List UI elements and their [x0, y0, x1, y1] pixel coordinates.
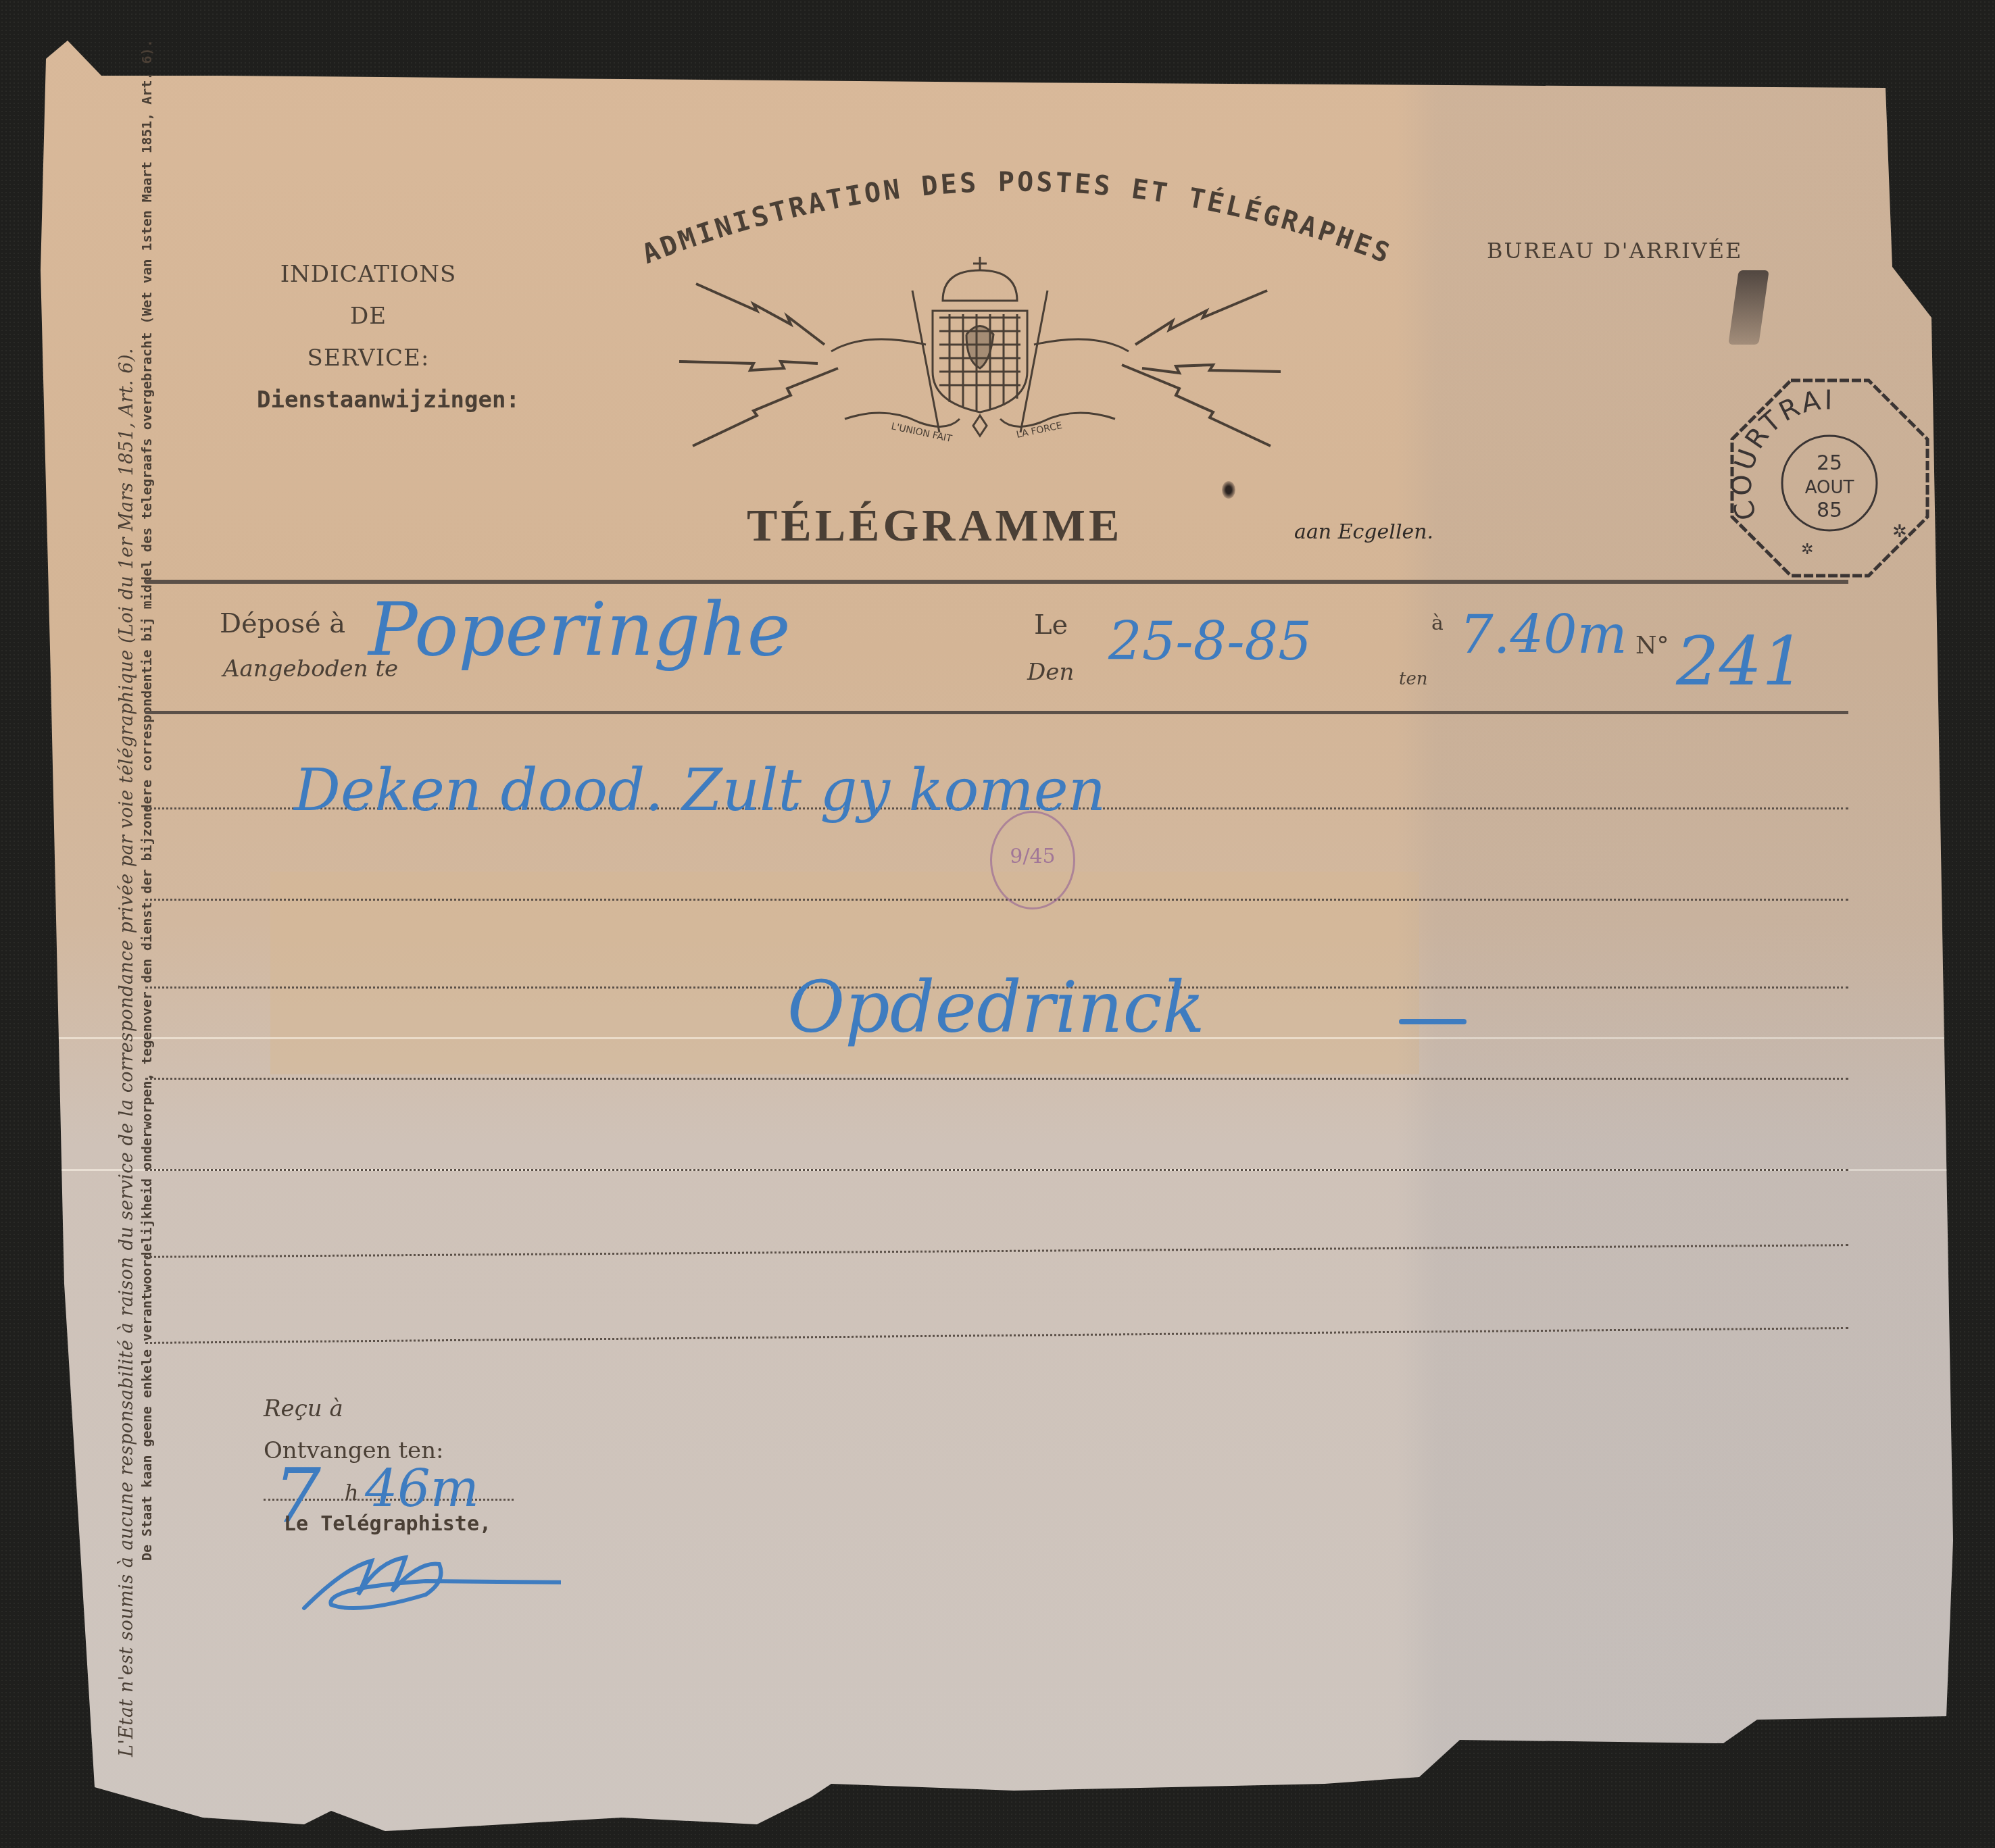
deposit-rule: [145, 711, 1848, 714]
end-mark: [1399, 1019, 1467, 1024]
date-label: Le: [1034, 609, 1068, 641]
received-label: Reçu à: [264, 1395, 343, 1422]
number-value: 241: [1676, 622, 1805, 701]
legal-notice-dutch: De Staat kaan geene enkele verantwoordel…: [139, 39, 155, 1561]
belgian-coat-of-arms-icon: L'UNION FAIT LA FORCE: [676, 250, 1284, 453]
handwritten-annotation: aan Ecgellen.: [1294, 520, 1433, 544]
svg-text:✲: ✲: [1801, 541, 1813, 558]
service-indications-dutch: Dienstaanwijzingen:: [257, 379, 480, 421]
svg-text:L'UNION FAIT: L'UNION FAIT: [890, 421, 953, 445]
message-signature: Opdedrinck: [787, 966, 1205, 1049]
purple-stamp: 9/45: [990, 811, 1075, 909]
postmark-year: 85: [1817, 499, 1842, 522]
time-label-dutch: ten: [1399, 669, 1428, 689]
service-indications-line1: INDICATIONS: [257, 253, 480, 295]
telegraphist-initials-signature: [291, 1541, 561, 1622]
form-title: TÉLÉGRAMME: [747, 499, 1123, 552]
deposited-at-value: Poperinghe: [368, 588, 791, 672]
telegraphist-label: Le Telégraphiste,: [284, 1512, 491, 1536]
message-line-5: [145, 1169, 1848, 1171]
service-indications: INDICATIONS DE SERVICE: Dienstaanwijzing…: [257, 253, 480, 421]
legal-notice-french: L'Etat n'est soumis à aucune responsabil…: [116, 348, 137, 1757]
arrival-office-label: BUREAU D'ARRIVÉE: [1487, 238, 1742, 264]
time-value: 7.40m: [1460, 605, 1627, 666]
time-label: à: [1431, 611, 1444, 635]
service-indications-line2: DE: [257, 295, 480, 337]
svg-text:✲: ✲: [1892, 522, 1907, 542]
courtrai-postmark: COURTRAI 25 AOUT 85 ✲ ✲: [1727, 375, 1933, 581]
received-minutes: 46m: [365, 1458, 479, 1518]
postmark-day: 25: [1817, 451, 1842, 475]
message-line-2: [145, 899, 1848, 901]
date-label-dutch: Den: [1027, 659, 1074, 686]
date-value: 25-8-85: [1108, 611, 1312, 672]
hour-label: h: [345, 1480, 359, 1505]
deposited-at-label: Déposé à: [220, 608, 345, 639]
header-rule: [145, 580, 1848, 584]
number-label: N°: [1635, 632, 1669, 659]
message-line-4: [145, 1078, 1848, 1080]
service-indications-line3: SERVICE:: [257, 337, 480, 379]
ink-spot: [1222, 481, 1235, 499]
postmark-month: AOUT: [1805, 478, 1854, 498]
message-body: Deken dood. Zult gy komen: [294, 757, 1106, 824]
